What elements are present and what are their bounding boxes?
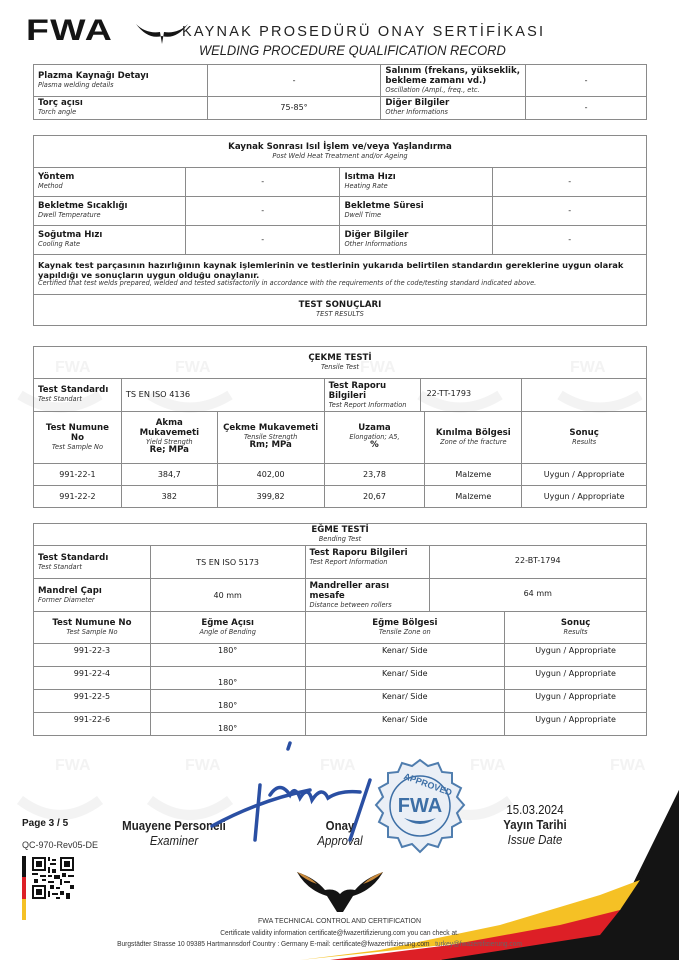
bending-column-header: Test Numune NoTest Sample No xyxy=(34,612,151,644)
bending-cell: 180° xyxy=(150,713,305,736)
tensile-column-header: Çekme MukavemetiTensile StrengthRm; MPa xyxy=(217,412,324,464)
issue-date-value: 15.03.2024 xyxy=(495,802,574,817)
bending-column-header: Eğme BölgesiTensile Zone on xyxy=(305,612,505,644)
torch-angle-value: 75-85° xyxy=(207,97,381,119)
rollers-distance-label: Mandreller arası mesafeDistance between … xyxy=(306,579,430,611)
tensile-cell: 382 xyxy=(121,486,217,508)
bending-report-value: 22-BT-1794 xyxy=(430,546,647,578)
company-name: FWA TECHNICAL CONTROL AND CERTIFICATION xyxy=(27,916,652,925)
other-info-value: - xyxy=(526,97,647,119)
tensile-cell: 399,82 xyxy=(217,486,324,508)
tensile-standard-label: Test StandardıTest Standart xyxy=(34,379,122,412)
bending-cell: Kenar/ Side xyxy=(305,644,505,667)
table-row: Kaynak Sonrası Isıl İşlem ve/veya Yaşlan… xyxy=(34,136,647,168)
signature-scribble xyxy=(200,740,420,850)
tensile-column-header: UzamaElongation; A5,% xyxy=(324,412,425,464)
title-english: WELDING PROCEDURE QUALIFICATION RECORD xyxy=(199,42,506,58)
document-header: FWA KAYNAK PROSEDÜRÜ ONAY SERTİFİKASI WE… xyxy=(26,10,666,58)
bending-cell: 991-22-6 xyxy=(34,713,151,736)
document-code: QC-970-Rev05-DE xyxy=(22,840,98,850)
cooling-rate-value: - xyxy=(185,226,340,255)
test-results-heading: TEST SONUÇLARITEST RESULTS xyxy=(34,295,647,326)
tensile-cell: 384,7 xyxy=(121,464,217,486)
method-value: - xyxy=(185,168,340,197)
bending-title: EĞME TESTİBending Test xyxy=(34,524,647,546)
table-header-row: Test Numune NoTest Sample NoAkma Mukavem… xyxy=(34,412,647,464)
tensile-cell: Malzeme xyxy=(425,486,522,508)
tensile-cell: Malzeme xyxy=(425,464,522,486)
table-row: Test StandardıTest Standart TS EN ISO 51… xyxy=(34,546,647,579)
other-info-label: Diğer BilgilerOther Informations xyxy=(381,97,526,119)
tensile-cell: Uygun / Appropriate xyxy=(522,486,647,508)
eagle-emblem-icon xyxy=(295,868,385,913)
page-number: Page 3 / 5 xyxy=(22,818,68,829)
bending-column-header: Eğme AçısıAngle of Bending xyxy=(150,612,305,644)
mandrel-value: 40 mm xyxy=(150,579,305,612)
bending-cell: Kenar/ Side xyxy=(305,690,505,713)
svg-text:FWA: FWA xyxy=(55,757,91,774)
fwa-logo: FWA xyxy=(26,14,113,48)
rollers-distance-value: 64 mm xyxy=(430,579,647,611)
bending-cell: 991-22-5 xyxy=(34,690,151,713)
tensile-standard-value: TS EN ISO 4136 xyxy=(121,379,324,412)
pwht-table: Kaynak Sonrası Isıl İşlem ve/veya Yaşlan… xyxy=(33,135,647,326)
table-header-row: Test Numune NoTest Sample NoEğme AçısıAn… xyxy=(34,612,647,644)
table-row: Kaynak test parçasının hazırlığının kayn… xyxy=(34,255,647,295)
other-info-label: Diğer BilgilerOther Informations xyxy=(340,226,493,255)
bending-cell: 991-22-3 xyxy=(34,644,151,667)
torch-angle-label: Torç açısıTorch angle xyxy=(34,97,208,119)
certificate-validity: Certificate validity information certifi… xyxy=(27,928,652,937)
tensile-column-header: Akma MukavemetiYield StrengthRe; MPa xyxy=(121,412,217,464)
dwell-time-value: - xyxy=(493,197,647,226)
qr-code-icon xyxy=(32,857,74,899)
tensile-cell: Uygun / Appropriate xyxy=(522,464,647,486)
table-row: EĞME TESTİBending Test xyxy=(34,524,647,546)
table-row: 991-22-4180°Kenar/ SideUygun / Appropria… xyxy=(34,667,647,690)
tensile-column-header: Kınılma BölgesiZone of the fracture xyxy=(425,412,522,464)
tensile-cell: 20,67 xyxy=(324,486,425,508)
table-row: Torç açısıTorch angle 75-85° Diğer Bilgi… xyxy=(34,97,647,119)
bending-column-header: SonuçResults xyxy=(505,612,647,644)
tensile-cell: 23,78 xyxy=(324,464,425,486)
table-row: 991-22-5180°Kenar/ SideUygun / Appropria… xyxy=(34,690,647,713)
tensile-report-label: Test Raporu BilgileriTest Report Informa… xyxy=(325,379,421,411)
table-row: TEST SONUÇLARITEST RESULTS xyxy=(34,295,647,326)
oscillation-value: - xyxy=(526,65,647,97)
tensile-cell: 402,00 xyxy=(217,464,324,486)
svg-text:FWA: FWA xyxy=(610,757,646,774)
title-turkish: KAYNAK PROSEDÜRÜ ONAY SERTİFİKASI xyxy=(182,24,545,40)
table-row: ÇEKME TESTİTensile Test xyxy=(34,347,647,379)
tensile-column-header: Test Numune NoTest Sample No xyxy=(34,412,122,464)
method-label: YöntemMethod xyxy=(34,168,186,197)
tensile-column-header: SonuçResults xyxy=(522,412,647,464)
table-row: Test StandardıTest Standart TS EN ISO 41… xyxy=(34,379,647,412)
table-row: Bekletme SıcaklığıDwell Temperature - Be… xyxy=(34,197,647,226)
heating-rate-label: Isıtma HızıHeating Rate xyxy=(340,168,493,197)
mandrel-label: Mandrel ÇapıFormer Diameter xyxy=(34,579,151,612)
bending-cell: Kenar/ Side xyxy=(305,667,505,690)
address-line: Burgstädter Strasse 10 09385 Hartmannsdo… xyxy=(7,939,632,948)
bending-cell: 991-22-4 xyxy=(34,667,151,690)
bending-cell: 180° xyxy=(150,690,305,713)
bending-cell: 180° xyxy=(150,644,305,667)
pwht-title: Kaynak Sonrası Isıl İşlem ve/veya Yaşlan… xyxy=(34,136,647,168)
bending-standard-label: Test StandardıTest Standart xyxy=(34,546,151,579)
plasma-value: - xyxy=(207,65,381,97)
plasma-details-table: Plazma Kaynağı DetayıPlasma welding deta… xyxy=(33,64,647,120)
bending-test-table: EĞME TESTİBending Test Test StandardıTes… xyxy=(33,523,647,736)
bending-cell: Uygun / Appropriate xyxy=(505,667,647,690)
bending-cell: Kenar/ Side xyxy=(305,713,505,736)
tensile-report-value: 22-TT-1793 xyxy=(421,379,522,411)
table-row: 991-22-1384,7402,0023,78MalzemeUygun / A… xyxy=(34,464,647,486)
plasma-label: Plazma Kaynağı DetayıPlasma welding deta… xyxy=(34,65,208,97)
oscillation-label: Salınım (frekans, yükseklik, bekleme zam… xyxy=(381,65,526,97)
dwell-time-label: Bekletme SüresiDwell Time xyxy=(340,197,493,226)
table-row: Mandrel ÇapıFormer Diameter 40 mm Mandre… xyxy=(34,579,647,612)
tensile-title: ÇEKME TESTİTensile Test xyxy=(34,347,647,379)
bending-cell: Uygun / Appropriate xyxy=(505,713,647,736)
tensile-cell: 991-22-2 xyxy=(34,486,122,508)
svg-text:FWA: FWA xyxy=(470,757,506,774)
dwell-temp-label: Bekletme SıcaklığıDwell Temperature xyxy=(34,197,186,226)
table-row: Plazma Kaynağı DetayıPlasma welding deta… xyxy=(34,65,647,97)
turkey-email-link[interactable]: turkey@fwazertifizierung.com xyxy=(435,939,522,948)
table-row: YöntemMethod - Isıtma HızıHeating Rate - xyxy=(34,168,647,197)
bending-cell: Uygun / Appropriate xyxy=(505,644,647,667)
bending-report-label: Test Raporu BilgileriTest Report Informa… xyxy=(306,546,430,578)
issue-date-block: 15.03.2024 Yayın Tarihi Issue Date xyxy=(490,802,580,847)
cooling-rate-label: Soğutma HızıCooling Rate xyxy=(34,226,186,255)
tensile-cell: 991-22-1 xyxy=(34,464,122,486)
german-flag-stripe xyxy=(22,856,26,920)
dwell-temp-value: - xyxy=(185,197,340,226)
bending-standard-value: TS EN ISO 5173 xyxy=(150,546,305,579)
table-row: Soğutma HızıCooling Rate - Diğer Bilgile… xyxy=(34,226,647,255)
table-row: 991-22-2382399,8220,67MalzemeUygun / App… xyxy=(34,486,647,508)
tensile-test-table: ÇEKME TESTİTensile Test Test StandardıTe… xyxy=(33,346,647,508)
heating-rate-value: - xyxy=(493,168,647,197)
other-info-value: - xyxy=(493,226,647,255)
certification-statement: Kaynak test parçasının hazırlığının kayn… xyxy=(34,255,647,295)
table-row: 991-22-6180°Kenar/ SideUygun / Appropria… xyxy=(34,713,647,736)
table-row: 991-22-3180°Kenar/ SideUygun / Appropria… xyxy=(34,644,647,667)
bending-cell: 180° xyxy=(150,667,305,690)
bending-cell: Uygun / Appropriate xyxy=(505,690,647,713)
